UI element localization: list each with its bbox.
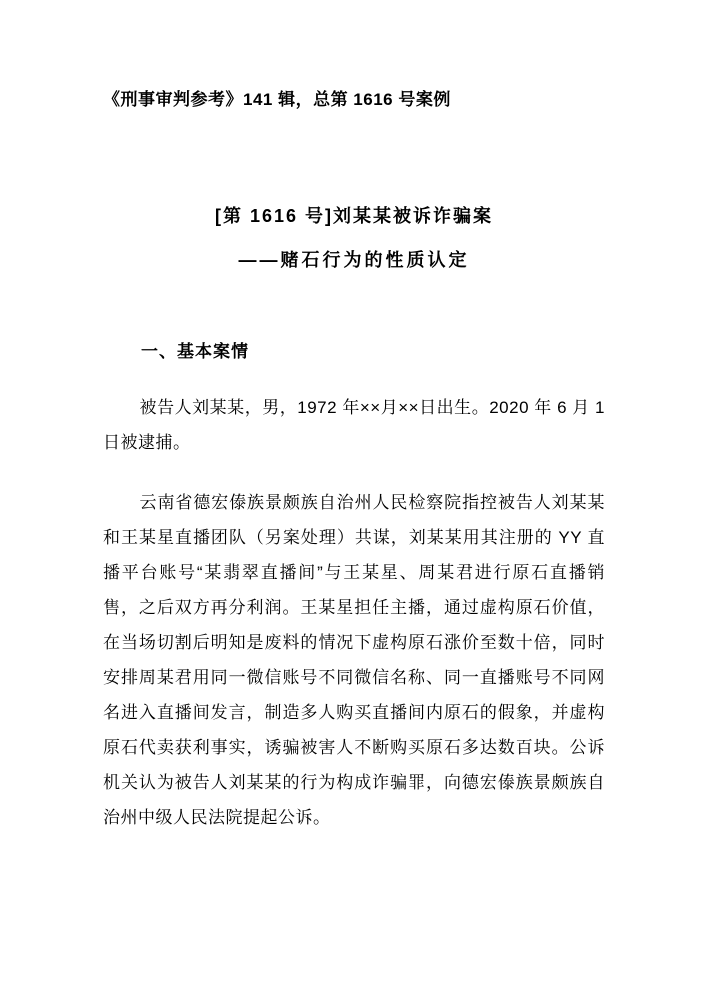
paragraph-prosecution-allegation: 云南省德宏傣族景颇族自治州人民检察院指控被告人刘某某和王某星直播团队（另案处理）…	[103, 485, 605, 835]
case-subtitle: ——赌石行为的性质认定	[103, 238, 605, 282]
document-page: 《刑事审判参考》141 辑，总第 1616 号案例 [第 1616 号]刘某某被…	[0, 0, 707, 999]
case-title: [第 1616 号]刘某某被诉诈骗案	[103, 194, 605, 238]
section-heading-basic-facts: 一、基本案情	[103, 334, 605, 369]
document-source-header: 《刑事审判参考》141 辑，总第 1616 号案例	[103, 88, 605, 112]
paragraph-defendant-info: 被告人刘某某，男，1972 年××月××日出生。2020 年 6 月 1 日被逮…	[103, 390, 605, 460]
title-block: [第 1616 号]刘某某被诉诈骗案 ——赌石行为的性质认定	[103, 194, 605, 282]
